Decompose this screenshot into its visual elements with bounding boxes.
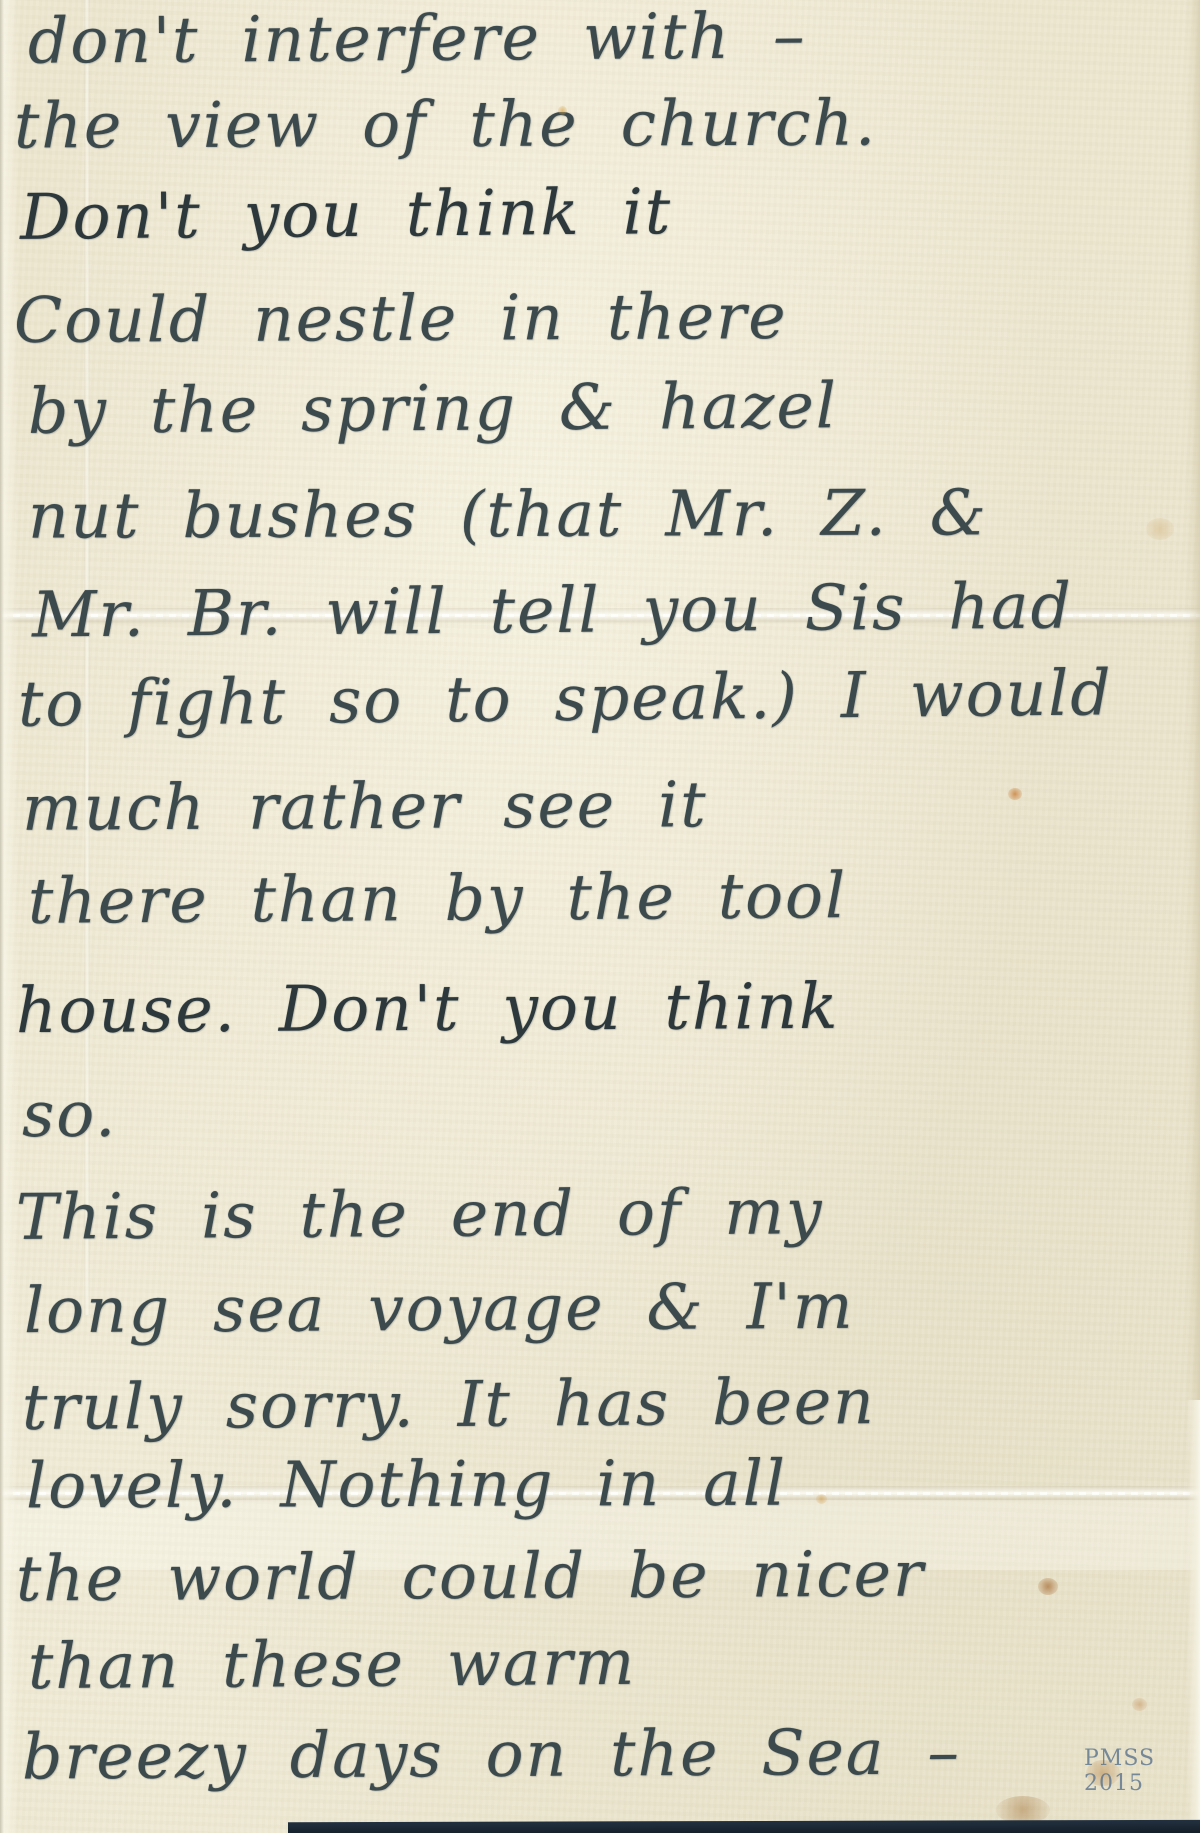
letter-line-19: breezy days on the Sea –	[22, 1716, 961, 1794]
watermark-pmss: PMSS 2015	[1084, 1746, 1200, 1796]
foxing-stain	[816, 1494, 827, 1504]
foxing-stain	[1038, 1578, 1058, 1595]
letter-line-5: by the spring & hazel	[28, 369, 838, 448]
letter-line-11: house. Don't you think	[16, 970, 840, 1047]
letter-line-14: long sea voyage & I'm	[24, 1270, 855, 1347]
letter-line-17: the world could be nicer	[16, 1538, 925, 1616]
letter-line-10: there than by the tool	[28, 859, 848, 938]
scan-background-strip	[288, 1820, 1200, 1833]
letter-line-3: Don't you think it	[20, 175, 673, 254]
letter-line-8: to fight so to speak.) I would	[18, 656, 1113, 740]
letter-line-15: truly sorry. It has been	[22, 1365, 876, 1444]
letter-line-6: nut bushes (that Mr. Z. &	[28, 476, 988, 552]
foxing-stain	[1146, 518, 1174, 540]
letter-line-1: don't interfere with –	[28, 0, 807, 78]
letter-line-18: than these warm	[28, 1626, 637, 1703]
letter-line-12: so.	[22, 1078, 117, 1151]
foxing-stain	[558, 106, 567, 115]
paper-edge-left-shadow	[0, 0, 4, 1833]
foxing-stain	[1132, 1698, 1147, 1711]
letter-line-2: the view of the church.	[14, 86, 877, 162]
letter-line-13: This is the end of my	[16, 1175, 824, 1254]
letter-line-7: Mr. Br. will tell you Sis had	[32, 569, 1073, 651]
letter-line-9: much rather see it	[22, 768, 708, 845]
letter-line-16: lovely. Nothing in all	[26, 1447, 787, 1523]
letter-line-4: Could nestle in there	[14, 280, 788, 357]
foxing-stain	[1008, 788, 1022, 800]
